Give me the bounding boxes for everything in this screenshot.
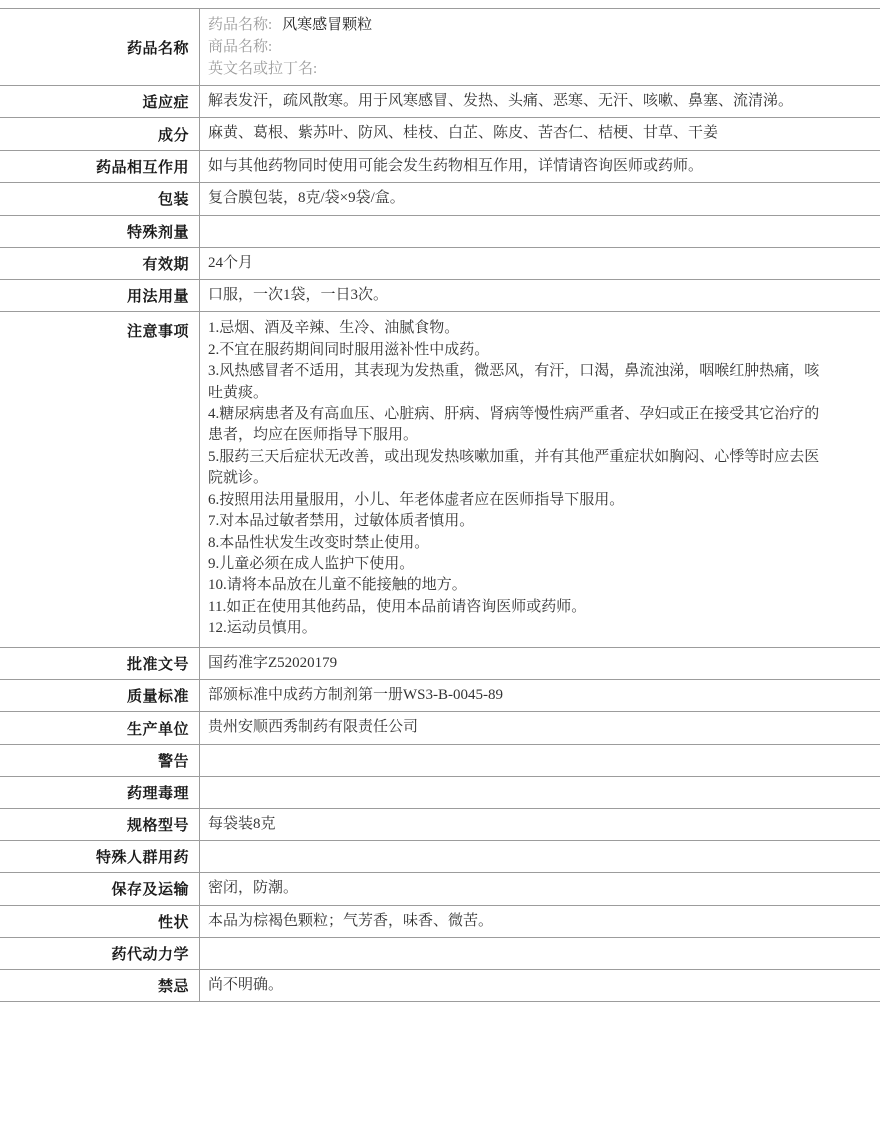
row-value: 每袋装8克 bbox=[200, 809, 880, 840]
precaution-item: 10.请将本品放在儿童不能接触的地方。 bbox=[208, 575, 820, 596]
precaution-item: 8.本品性状发生改变时禁止使用。 bbox=[208, 533, 820, 554]
row-value: 麻黄、葛根、紫苏叶、防风、桂枝、白芷、陈皮、苦杏仁、桔梗、甘草、干姜 bbox=[200, 118, 880, 149]
table-row: 药品名称药品名称:风寒感冒颗粒商品名称:英文名或拉丁名: bbox=[0, 9, 880, 86]
precaution-item: 12.运动员慎用。 bbox=[208, 618, 820, 639]
field-key: 英文名或拉丁名: bbox=[208, 61, 317, 77]
precaution-item: 7.对本品过敏者禁用，过敏体质者慎用。 bbox=[208, 511, 820, 532]
table-row: 生产单位贵州安顺西秀制药有限责任公司 bbox=[0, 712, 880, 744]
row-value: 药品名称:风寒感冒颗粒商品名称:英文名或拉丁名: bbox=[200, 9, 880, 85]
table-row: 药品相互作用如与其他药物同时使用可能会发生药物相互作用，详情请咨询医师或药师。 bbox=[0, 151, 880, 183]
precaution-item: 4.糖尿病患者及有高血压、心脏病、肝病、肾病等慢性病严重者、孕妇或正在接受其它治… bbox=[208, 404, 820, 447]
table-row: 特殊剂量 bbox=[0, 216, 880, 248]
name-field-line: 药品名称:风寒感冒颗粒 bbox=[208, 14, 868, 36]
row-label: 特殊人群用药 bbox=[0, 841, 200, 872]
row-label: 用法用量 bbox=[0, 280, 200, 311]
precaution-item: 3.风热感冒者不适用，其表现为发热重，微恶风，有汗，口渴，鼻流浊涕，咽喉红肿热痛… bbox=[208, 361, 820, 404]
row-label: 药代动力学 bbox=[0, 938, 200, 969]
row-label: 注意事项 bbox=[0, 312, 200, 646]
row-value: 密闭，防潮。 bbox=[200, 873, 880, 904]
table-row: 用法用量口服，一次1袋，一日3次。 bbox=[0, 280, 880, 312]
precaution-item: 6.按照用法用量服用，小儿、年老体虚者应在医师指导下服用。 bbox=[208, 490, 820, 511]
row-value: 本品为棕褐色颗粒；气芳香，味香、微苦。 bbox=[200, 906, 880, 937]
row-value: 复合膜包装，8克/袋×9袋/盒。 bbox=[200, 183, 880, 214]
precaution-item: 5.服药三天后症状无改善，或出现发热咳嗽加重，并有其他严重症状如胸闷、心悸等时应… bbox=[208, 447, 820, 490]
row-label: 保存及运输 bbox=[0, 873, 200, 904]
field-key: 商品名称: bbox=[208, 39, 272, 55]
table-row: 注意事项1.忌烟、酒及辛辣、生冷、油腻食物。2.不宜在服药期间同时服用滋补性中成… bbox=[0, 312, 880, 647]
row-label: 规格型号 bbox=[0, 809, 200, 840]
table-row: 药代动力学 bbox=[0, 938, 880, 970]
table-row: 规格型号每袋装8克 bbox=[0, 809, 880, 841]
row-value bbox=[200, 216, 880, 247]
row-label: 药品名称 bbox=[0, 9, 200, 85]
row-value: 24个月 bbox=[200, 248, 880, 279]
row-value: 尚不明确。 bbox=[200, 970, 880, 1001]
table-row: 有效期24个月 bbox=[0, 248, 880, 280]
row-value bbox=[200, 938, 880, 969]
table-row: 药理毒理 bbox=[0, 777, 880, 809]
table-row: 保存及运输密闭，防潮。 bbox=[0, 873, 880, 905]
field-key: 药品名称: bbox=[208, 17, 272, 33]
precaution-item: 9.儿童必须在成人监护下使用。 bbox=[208, 554, 820, 575]
row-label: 成分 bbox=[0, 118, 200, 149]
row-label: 有效期 bbox=[0, 248, 200, 279]
field-value: 风寒感冒颗粒 bbox=[282, 17, 372, 33]
row-value bbox=[200, 841, 880, 872]
precaution-item: 2.不宜在服药期间同时服用滋补性中成药。 bbox=[208, 340, 820, 361]
row-label: 包装 bbox=[0, 183, 200, 214]
row-label: 药理毒理 bbox=[0, 777, 200, 808]
row-label: 特殊剂量 bbox=[0, 216, 200, 247]
name-field-line: 商品名称: bbox=[208, 36, 868, 58]
table-row: 批准文号国药准字Z52020179 bbox=[0, 648, 880, 680]
row-label: 生产单位 bbox=[0, 712, 200, 743]
name-field-line: 英文名或拉丁名: bbox=[208, 58, 868, 80]
precaution-item: 1.忌烟、酒及辛辣、生冷、油腻食物。 bbox=[208, 318, 820, 339]
row-label: 适应症 bbox=[0, 86, 200, 117]
row-label: 性状 bbox=[0, 906, 200, 937]
drug-info-table: 药品名称药品名称:风寒感冒颗粒商品名称:英文名或拉丁名:适应症解表发汗，疏风散寒… bbox=[0, 8, 880, 1002]
row-value: 解表发汗，疏风散寒。用于风寒感冒、发热、头痛、恶寒、无汗、咳嗽、鼻塞、流清涕。 bbox=[200, 86, 880, 117]
drug-info-page: 药品名称药品名称:风寒感冒颗粒商品名称:英文名或拉丁名:适应症解表发汗，疏风散寒… bbox=[0, 0, 880, 1002]
table-row: 性状本品为棕褐色颗粒；气芳香，味香、微苦。 bbox=[0, 906, 880, 938]
table-row: 成分麻黄、葛根、紫苏叶、防风、桂枝、白芷、陈皮、苦杏仁、桔梗、甘草、干姜 bbox=[0, 118, 880, 150]
row-value: 如与其他药物同时使用可能会发生药物相互作用，详情请咨询医师或药师。 bbox=[200, 151, 880, 182]
row-value: 口服，一次1袋，一日3次。 bbox=[200, 280, 880, 311]
row-label: 药品相互作用 bbox=[0, 151, 200, 182]
table-row: 适应症解表发汗，疏风散寒。用于风寒感冒、发热、头痛、恶寒、无汗、咳嗽、鼻塞、流清… bbox=[0, 86, 880, 118]
row-value bbox=[200, 745, 880, 776]
row-value bbox=[200, 777, 880, 808]
row-label: 警告 bbox=[0, 745, 200, 776]
row-value: 部颁标准中成药方制剂第一册WS3-B-0045-89 bbox=[200, 680, 880, 711]
row-value: 贵州安顺西秀制药有限责任公司 bbox=[200, 712, 880, 743]
row-label: 禁忌 bbox=[0, 970, 200, 1001]
table-row: 质量标准部颁标准中成药方制剂第一册WS3-B-0045-89 bbox=[0, 680, 880, 712]
row-value: 1.忌烟、酒及辛辣、生冷、油腻食物。2.不宜在服药期间同时服用滋补性中成药。3.… bbox=[200, 312, 880, 646]
row-label: 批准文号 bbox=[0, 648, 200, 679]
table-row: 特殊人群用药 bbox=[0, 841, 880, 873]
precaution-item: 11.如正在使用其他药品，使用本品前请咨询医师或药师。 bbox=[208, 597, 820, 618]
table-row: 禁忌尚不明确。 bbox=[0, 970, 880, 1002]
table-row: 包装复合膜包装，8克/袋×9袋/盒。 bbox=[0, 183, 880, 215]
table-row: 警告 bbox=[0, 745, 880, 777]
row-label: 质量标准 bbox=[0, 680, 200, 711]
row-value: 国药准字Z52020179 bbox=[200, 648, 880, 679]
